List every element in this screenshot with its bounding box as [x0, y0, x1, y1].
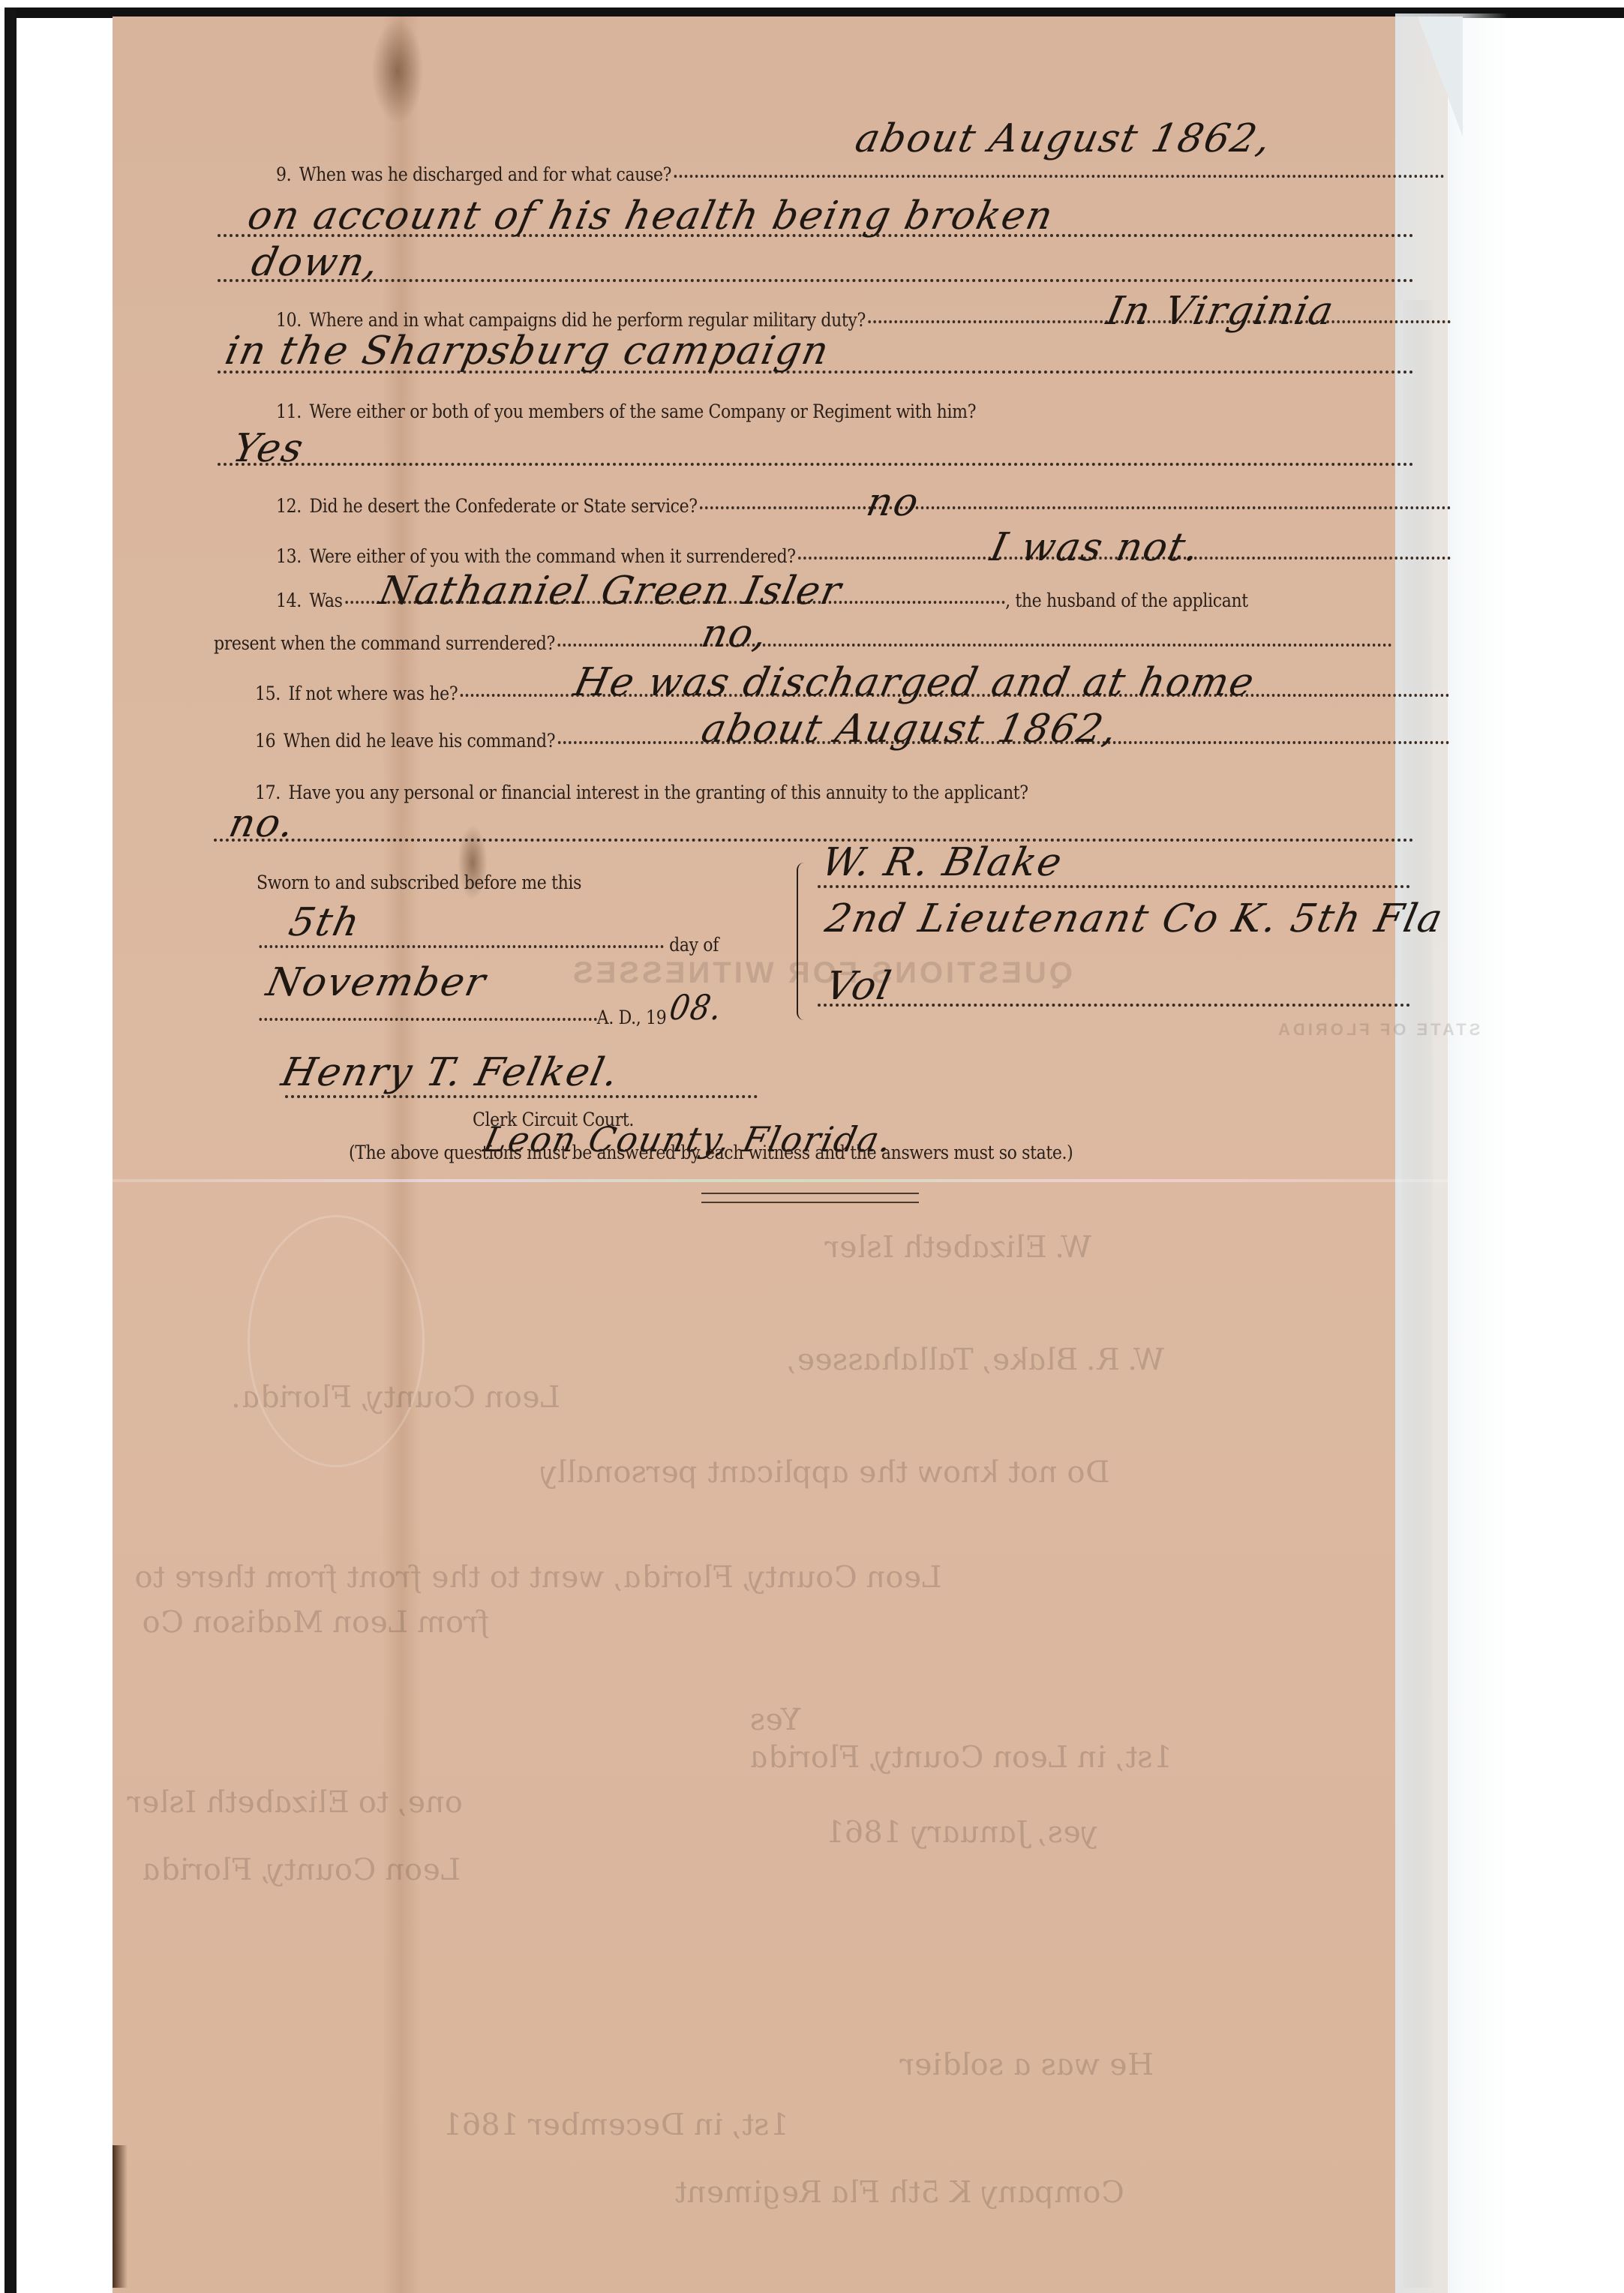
question-number: 15. [255, 683, 281, 704]
signature-brace [797, 863, 807, 1020]
signature-rule [818, 885, 1410, 888]
answer-leader [557, 644, 1391, 647]
jurat-sworn-text: Sworn to and subscribed before me this [257, 872, 581, 893]
question-number: 16 [255, 730, 275, 752]
clerk-signature: Henry T. Felkel. [278, 1050, 623, 1095]
question-text: Did he desert the Confederate or State s… [309, 495, 697, 517]
answer-rule [218, 279, 1414, 282]
question-text: If not where was he? [288, 683, 458, 704]
year-value: 08. [666, 987, 726, 1028]
jurat-year-line: A. D., 19 08. [257, 992, 719, 1032]
question-text: Have you any personal or financial inter… [288, 782, 1028, 803]
question-text: Were either of you with the command when… [309, 545, 795, 567]
answer-15: He was discharged and at home [570, 660, 1259, 705]
answer-rule [214, 839, 1414, 842]
question-number: 11. [276, 401, 302, 422]
day-leader [260, 945, 665, 948]
sworn-text: Sworn to and subscribed before me this [257, 872, 581, 893]
answer-9-line-1: about August 1862, [851, 116, 1276, 161]
answer-12: no [863, 480, 924, 525]
question-12: 12. Did he desert the Confederate or Sta… [276, 495, 1451, 517]
question-number: 17. [255, 782, 281, 803]
question-number: 14. [276, 590, 302, 611]
answer-16: about August 1862, [698, 707, 1122, 752]
answer-10-line-2: in the Sharpsburg campaign [221, 329, 834, 374]
question-number: 13. [276, 545, 302, 567]
year-label: A. D., 19 [597, 1007, 667, 1028]
answer-14: no, [698, 611, 773, 656]
witness-signature: W. R. Blake [818, 840, 1067, 885]
answer-17: no. [225, 801, 299, 846]
question-text: When did he leave his command? [284, 730, 555, 752]
question-text: When was he discharged and for what caus… [299, 164, 671, 185]
answer-rule [218, 463, 1414, 466]
signature-rule [818, 1004, 1410, 1007]
closing-rule-bottom [701, 1202, 919, 1203]
question-text-after: , the husband of the applicant [1005, 590, 1248, 611]
question-9: 9. When was he discharged and for what c… [276, 164, 1445, 185]
question-number: 10. [276, 309, 302, 331]
answer-leader [674, 175, 1445, 178]
question-number: 9. [276, 164, 291, 185]
jurat-day-line: day of [257, 934, 719, 956]
footer-note-text: (The above questions must be answered by… [349, 1142, 1073, 1163]
husband-name: Nathaniel Green Isler [375, 569, 846, 614]
answer-10-line-1: In Virginia [1103, 289, 1338, 334]
question-text-continued: present when the command surrendered? [214, 632, 555, 654]
footer-instruction: (The above questions must be answered by… [349, 1142, 1073, 1163]
question-text-before: Was [309, 590, 342, 611]
answer-13: I was not. [986, 525, 1205, 570]
question-11: 11. Were either or both of you members o… [276, 401, 976, 422]
witness-title: 2nd Lieutenant Co K. 5th Fla [821, 896, 1448, 941]
day-of-label: day of [669, 934, 719, 956]
clerk-signature-rule [285, 1095, 758, 1098]
witness-form: 9. When was he discharged and for what c… [0, 0, 1624, 2293]
question-text: Were either or both of you members of th… [309, 401, 976, 422]
answer-9-line-3: down, [248, 240, 384, 285]
question-number: 12. [276, 495, 302, 517]
answer-11: Yes [229, 426, 308, 471]
question-14-continued: present when the command surrendered? [214, 632, 1392, 654]
closing-rule-top [701, 1193, 919, 1194]
question-13: 13. Were either of you with the command … [276, 545, 1451, 567]
answer-9-line-2: on account of his health being broken [244, 194, 1058, 239]
witness-title-line-2: Vol [821, 964, 896, 1009]
question-17: 17. Have you any personal or financial i… [255, 782, 1028, 803]
question-text: Where and in what campaigns did he perfo… [309, 309, 865, 331]
month-leader [260, 1018, 597, 1021]
answer-leader [700, 506, 1451, 509]
scan-frame: QUESTIONS FOR WITNESSES STATE OF FLORIDA… [0, 0, 1624, 2293]
